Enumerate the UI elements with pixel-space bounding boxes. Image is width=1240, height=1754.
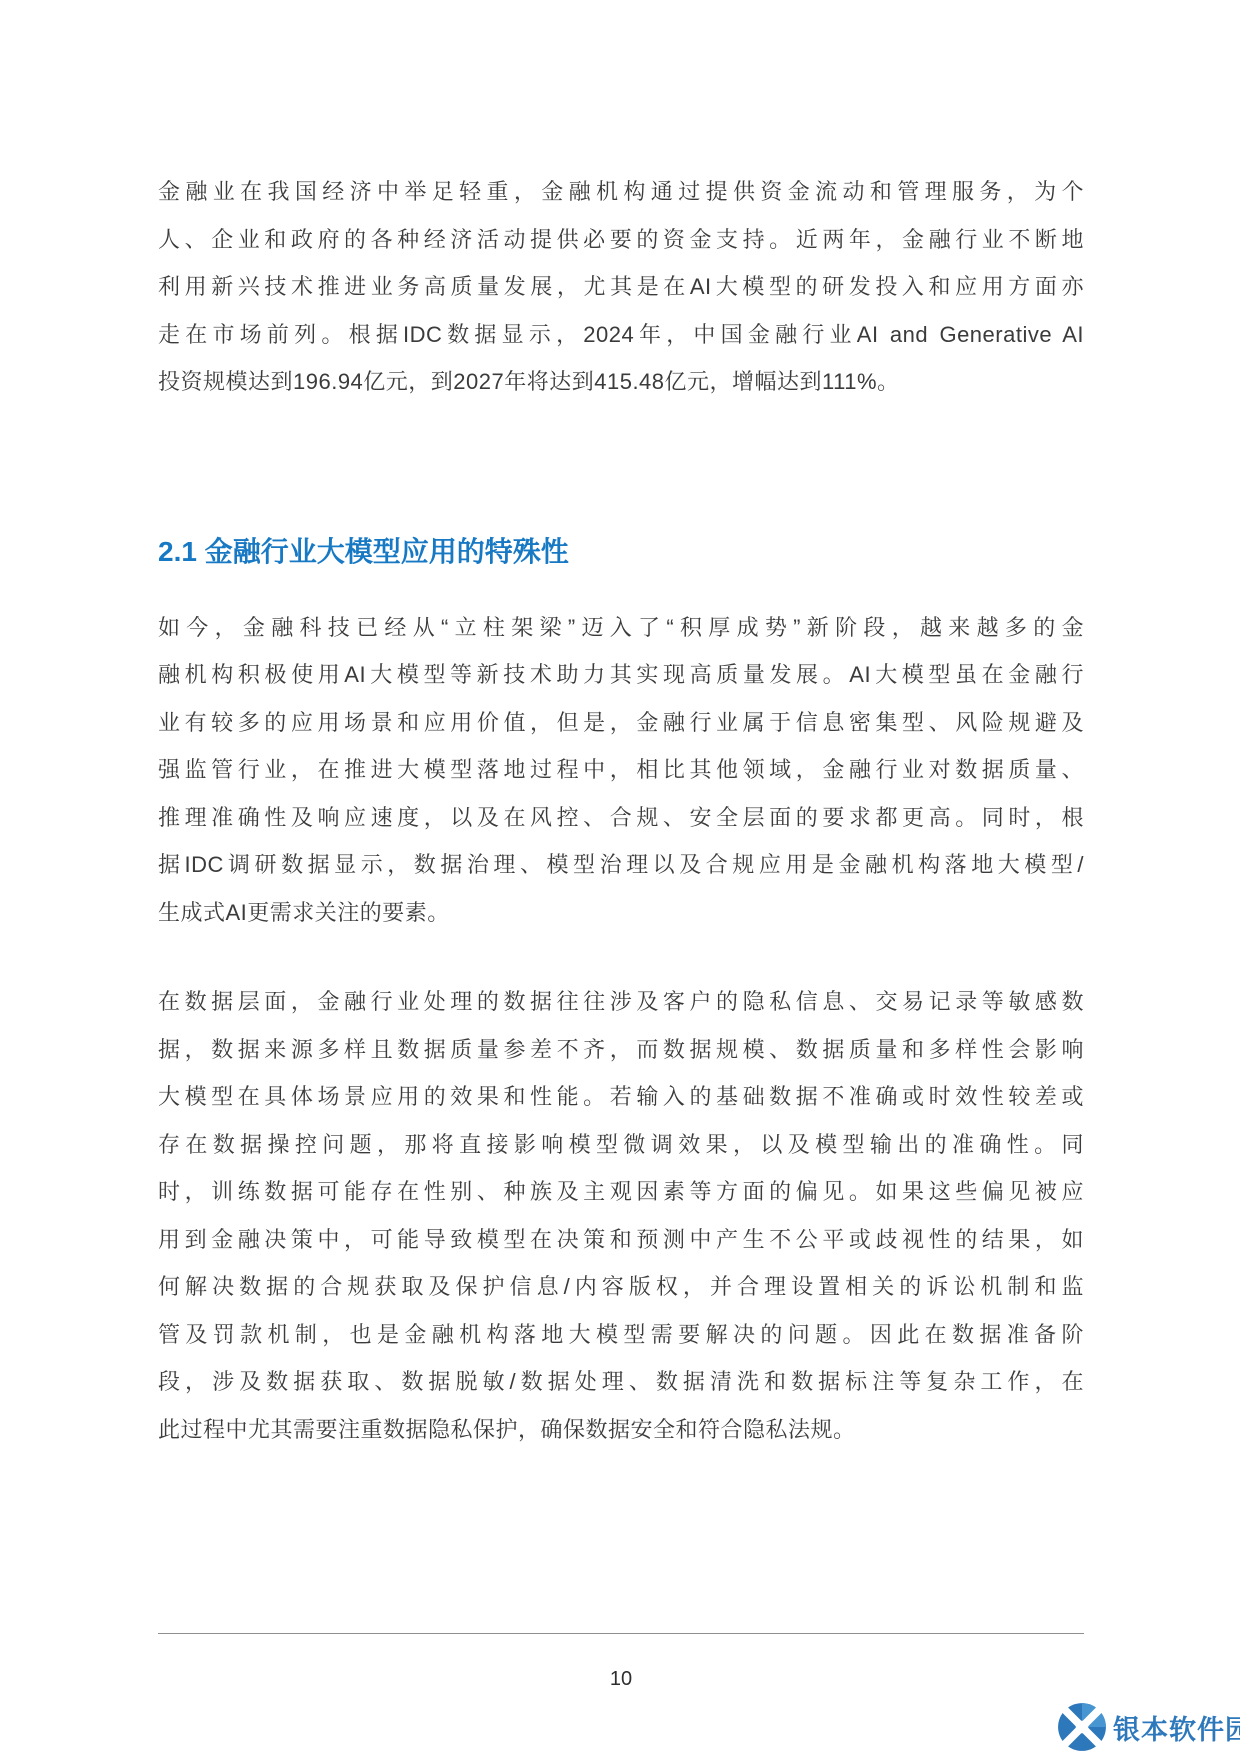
pinwheel-logo-icon	[1056, 1701, 1108, 1753]
text-line: 何解决数据的合规获取及保护信息/内容版权，并合理设置相关的诉讼机制和监	[158, 1263, 1084, 1311]
report-page: 金融业在我国经济中举足轻重，金融机构通过提供资金流动和管理服务，为个人、企业和政…	[0, 0, 1240, 1754]
text-line: 金融业在我国经济中举足轻重，金融机构通过提供资金流动和管理服务，为个	[158, 168, 1084, 216]
page-content: 金融业在我国经济中举足轻重，金融机构通过提供资金流动和管理服务，为个人、企业和政…	[158, 0, 1084, 1453]
text-line: 如今，金融科技已经从“立柱架梁”迈入了“积厚成势”新阶段，越来越多的金	[158, 604, 1084, 652]
text-line: 强监管行业，在推进大模型落地过程中，相比其他领域，金融行业对数据质量、	[158, 746, 1084, 794]
text-line: 在数据层面，金融行业处理的数据往往涉及客户的隐私信息、交易记录等敏感数	[158, 978, 1084, 1026]
text-line: 据IDC调研数据显示，数据治理、模型治理以及合规应用是金融机构落地大模型/	[158, 841, 1084, 889]
body-paragraph-3: 在数据层面，金融行业处理的数据往往涉及客户的隐私信息、交易记录等敏感数据，数据来…	[158, 978, 1084, 1453]
text-line: 业有较多的应用场景和应用价值，但是，金融行业属于信息密集型、风险规避及	[158, 699, 1084, 747]
text-line: 据，数据来源多样且数据质量参差不齐，而数据规模、数据质量和多样性会影响	[158, 1026, 1084, 1074]
text-line: 走在市场前列。根据IDC数据显示，2024年，中国金融行业AI and Gene…	[158, 311, 1084, 359]
text-line: 时，训练数据可能存在性别、种族及主观因素等方面的偏见。如果这些偏见被应	[158, 1168, 1084, 1216]
section-heading: 2.1 金融行业大模型应用的特殊性	[158, 533, 1084, 571]
site-logo[interactable]: 银本软件园	[1056, 1701, 1240, 1753]
text-line: 存在数据操控问题，那将直接影响模型微调效果，以及模型输出的准确性。同	[158, 1121, 1084, 1169]
logo-text: 银本软件园	[1113, 1708, 1240, 1747]
intro-paragraph: 金融业在我国经济中举足轻重，金融机构通过提供资金流动和管理服务，为个人、企业和政…	[158, 168, 1084, 406]
footer-divider	[158, 1633, 1084, 1634]
text-line: 管及罚款机制，也是金融机构落地大模型需要解决的问题。因此在数据准备阶	[158, 1311, 1084, 1359]
text-line: 段，涉及数据获取、数据脱敏/数据处理、数据清洗和数据标注等复杂工作，在	[158, 1358, 1084, 1406]
text-line: 此过程中尤其需要注重数据隐私保护，确保数据安全和符合隐私法规。	[158, 1406, 1084, 1454]
text-line: 融机构积极使用AI大模型等新技术助力其实现高质量发展。AI大模型虽在金融行	[158, 651, 1084, 699]
text-line: 推理准确性及响应速度，以及在风控、合规、安全层面的要求都更高。同时，根	[158, 794, 1084, 842]
body-paragraph-2: 如今，金融科技已经从“立柱架梁”迈入了“积厚成势”新阶段，越来越多的金融机构积极…	[158, 604, 1084, 937]
page-number: 10	[158, 1668, 1084, 1691]
text-line: 投资规模达到196.94亿元，到2027年将达到415.48亿元，增幅达到111…	[158, 358, 1084, 406]
text-line: 用到金融决策中，可能导致模型在决策和预测中产生不公平或歧视性的结果，如	[158, 1216, 1084, 1264]
text-line: 生成式AI更需求关注的要素。	[158, 889, 1084, 937]
text-line: 大模型在具体场景应用的效果和性能。若输入的基础数据不准确或时效性较差或	[158, 1073, 1084, 1121]
text-line: 人、企业和政府的各种经济活动提供必要的资金支持。近两年，金融行业不断地	[158, 216, 1084, 264]
text-line: 利用新兴技术推进业务高质量发展，尤其是在AI大模型的研发投入和应用方面亦	[158, 263, 1084, 311]
